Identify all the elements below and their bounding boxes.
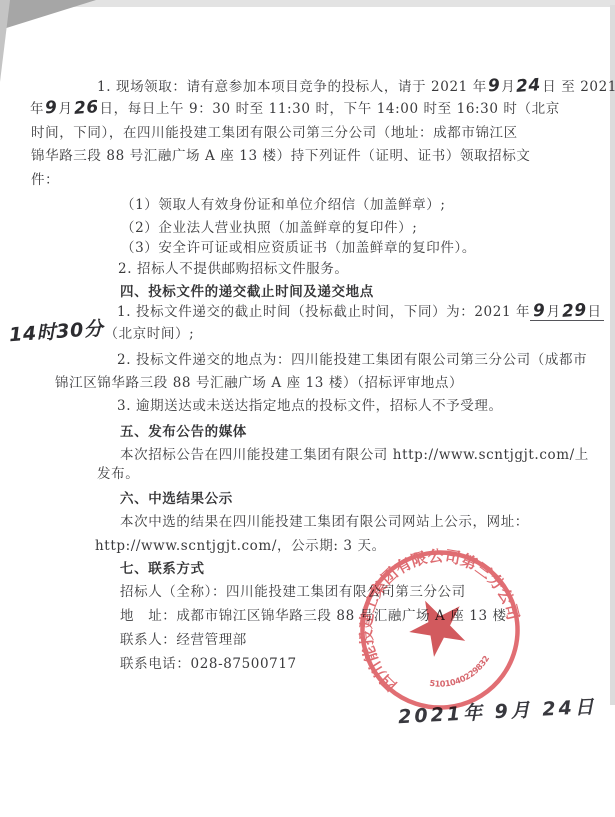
section4-deadline-line2: 14时30分（北京时间）; (8, 325, 194, 343)
printed-text: 1. 现场领取：请有意参加本项目竞争的投标人，请于 2021 年 (97, 79, 487, 95)
section5-body-line1: 本次招标公告在四川能投建工集团有限公司 http://www.scntjgjt.… (120, 446, 589, 464)
handwritten-month: 9 (533, 304, 546, 319)
section6-body-line2: http://www.scntjgjt.com/，公示期: 3 天。 (95, 537, 386, 555)
document-page: 1. 现场领取：请有意参加本项目竞争的投标人，请于 2021 年9月24日 至 … (0, 0, 615, 817)
contact-phone: 联系电话：028-87500717 (120, 655, 297, 673)
section7-heading: 七、联系方式 (120, 560, 205, 578)
paragraph-no-mail-order: 2. 招标人不提供邮购招标文件服务。 (118, 260, 348, 278)
section4-heading: 四、投标文件的递交截止时间及递交地点 (120, 283, 374, 301)
section4-deadline-line1: 1. 投标文件递交的截止时间（投标截止时间，下同）为：2021 年9月29日 (117, 303, 604, 321)
scan-edge-right (610, 5, 615, 705)
paragraph-collection-line3: 时间，下同），在四川能投建工集团有限公司第三分公司（地址：成都市锦江区 (31, 124, 518, 142)
printed-text: 月 (501, 79, 515, 95)
section4-late-delivery: 3. 逾期送达或未送达指定地点的投标文件，招标人不予受理。 (117, 397, 503, 415)
section4-place-line1: 2. 投标文件递交的地点为：四川能投建工集团有限公司第三分公司（成都市 (117, 351, 587, 369)
printed-text: 日 (588, 304, 602, 320)
printed-text: 日，每日上午 9：30 时至 11:30 时，下午 14:00 时至 16:30… (100, 101, 560, 117)
fill-in-blank: 9月29日 (530, 304, 604, 321)
printed-text: 月 (59, 101, 73, 117)
printed-text: 1. 投标文件递交的截止时间（投标截止时间，下同）为：2021 年 (117, 304, 530, 320)
handwritten-day: 29 (561, 303, 587, 319)
paragraph-collection-line1: 1. 现场领取：请有意参加本项目竞争的投标人，请于 2021 年9月24日 至 … (97, 78, 615, 96)
printed-text: 日 至 2021 (542, 79, 615, 95)
section6-heading: 六、中选结果公示 (120, 490, 233, 508)
printed-text: 年 (30, 101, 44, 117)
section5-body-line2: 发布。 (97, 465, 139, 483)
paragraph-collection-line5: 件： (31, 171, 59, 189)
seal-star-icon (400, 588, 475, 662)
certificate-item-1: （1）领取人有效身份证和单位介绍信（加盖鲜章）; (121, 196, 446, 214)
certificate-item-2: （2）企业法人营业执照（加盖鲜章的复印件）; (121, 219, 417, 237)
section4-place-line2: 锦江区锦华路三段 88 号汇融广场 A 座 13 楼）（招标评审地点） (55, 374, 463, 392)
handwritten-time: 14时30分 (9, 322, 104, 343)
printed-text: 月 (547, 304, 561, 320)
certificate-item-3: （3）安全许可证或相应资质证书（加盖鲜章的复印件）。 (121, 239, 476, 257)
contact-person: 联系人：经营管理部 (120, 631, 247, 649)
handwritten-day: 26 (73, 100, 99, 116)
paragraph-collection-line4: 锦华路三段 88 号汇融广场 A 座 13 楼）持下列证件（证明、证书）领取招标… (31, 147, 530, 165)
handwritten-month: 9 (45, 101, 58, 116)
printed-text: （北京时间）; (104, 326, 194, 342)
paragraph-collection-line2: 年9月26日，每日上午 9：30 时至 11:30 时，下午 14:00 时至 … (30, 100, 560, 118)
scan-edge-left (0, 0, 10, 82)
handwritten-month: 9 (487, 79, 500, 94)
section5-heading: 五、发布公告的媒体 (120, 423, 247, 441)
scan-edge-corner (0, 0, 96, 30)
handwritten-day: 24 (516, 78, 542, 94)
